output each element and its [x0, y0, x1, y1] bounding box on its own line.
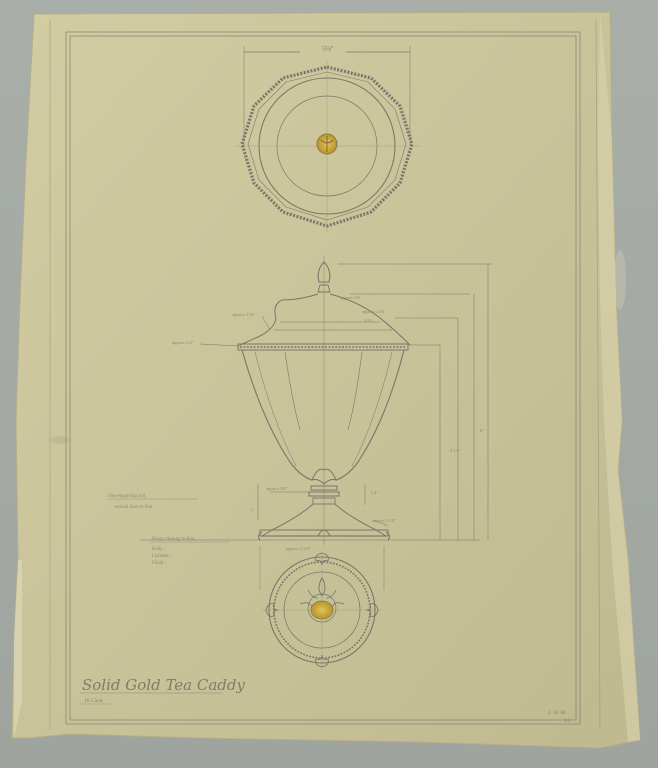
spec-finial: Finial - [152, 561, 166, 566]
note-stem-right: 1/4" [370, 490, 378, 495]
paper [12, 12, 640, 748]
corner-sub: 1/2 [564, 719, 571, 724]
note-base-left: approx 3/8" [266, 486, 288, 491]
top-dimension-label: 5⅛" [322, 45, 334, 53]
drawing-title: Solid Gold Tea Caddy [82, 676, 246, 694]
note-height-stem: 1" [250, 508, 254, 513]
note-height-body: 4 1/2" [450, 448, 461, 453]
note-lid-right-2: 1/16 [364, 318, 373, 323]
corner-date: 2. 16. 68 [548, 711, 566, 716]
note-lid-left: approx 3/16 [232, 312, 255, 317]
note-lid-right-1: approx 1/16 [362, 309, 385, 314]
note-engraving-1: Fine engraving and [108, 494, 146, 499]
note-base-width: approx 2 3/4" [286, 546, 311, 551]
note-finial: approx 3/8 [340, 295, 360, 300]
note-base-right: approx 5/16" [372, 518, 396, 523]
note-rim-left: approx 1/4" [172, 340, 194, 345]
note-height-total: 6" [480, 428, 484, 433]
drawing-sheet: 5⅛" [0, 0, 658, 768]
spec-body: Body - [152, 547, 166, 552]
drawing-subtitle: 18 Carat [84, 698, 103, 704]
spec-lid-base: Lid/base - [152, 554, 172, 559]
spec-header: Heavy chasing to foot [152, 537, 195, 542]
note-engraving-2: vertical lines to foot [114, 505, 153, 510]
